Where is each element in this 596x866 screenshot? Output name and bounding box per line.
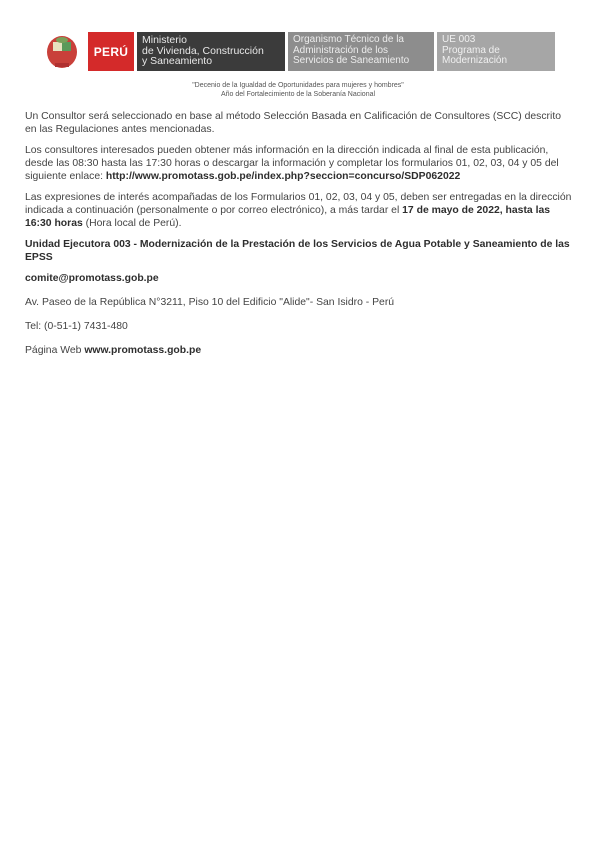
ue-program-name: UE 003 Programa de Modernización	[437, 32, 555, 71]
email: comite@promotass.gob.pe	[25, 272, 573, 285]
download-link[interactable]: http://www.promotass.gob.pe/index.php?se…	[106, 171, 460, 182]
unit-title: Unidad Ejecutora 003 - Modernización de …	[25, 238, 573, 264]
website-link[interactable]: www.promotass.gob.pe	[84, 345, 201, 356]
information-paragraph: Los consultores interesados pueden obten…	[25, 144, 573, 183]
website: Página Web www.promotass.gob.pe	[25, 344, 573, 357]
ministry-name: Ministerio de Vivienda, Construcción y S…	[137, 32, 285, 71]
decenio-subtitle: "Decenio de la Igualdad de Oportunidades…	[0, 82, 596, 99]
peru-label: PERÚ	[88, 32, 134, 71]
telephone: Tel: (0-51-1) 7431-480	[25, 320, 573, 333]
coat-of-arms-icon	[42, 32, 82, 71]
submission-paragraph: Las expresiones de interés acompañadas d…	[25, 191, 573, 230]
selection-method-paragraph: Un Consultor será seleccionado en base a…	[25, 110, 573, 136]
document-body: Un Consultor será seleccionado en base a…	[25, 110, 573, 368]
address: Av. Paseo de la República N°3211, Piso 1…	[25, 296, 573, 309]
otass-name: Organismo Técnico de la Administración d…	[288, 32, 434, 71]
letterhead: PERÚ Ministerio de Vivienda, Construcció…	[42, 32, 555, 71]
